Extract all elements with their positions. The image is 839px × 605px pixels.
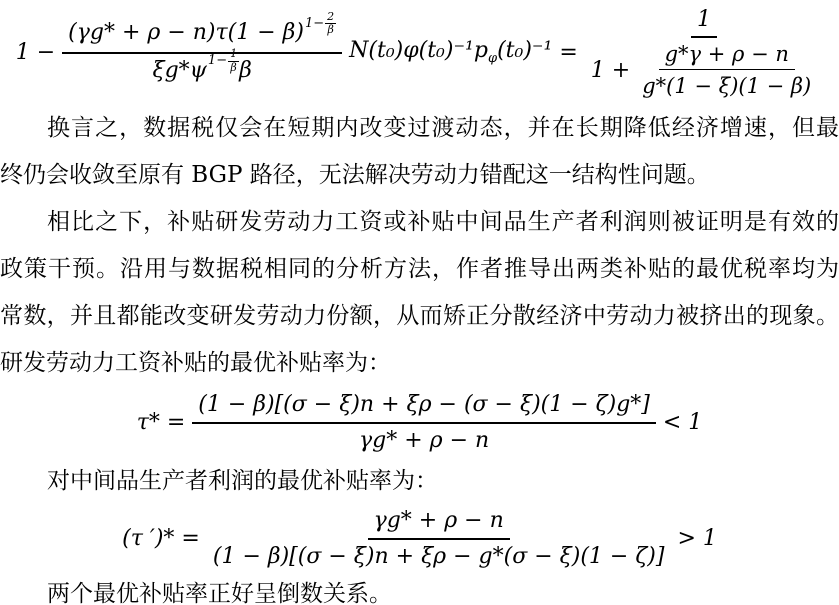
fraction-right: 1 1 + g*γ + ρ − n g*(1 − ξ)(1 − β) [585, 6, 823, 100]
math-term: β [239, 58, 252, 83]
paragraph-2-line-4: 研发劳动力工资补贴的最优补贴率为： [0, 340, 839, 387]
fraction-left-numerator: (γg* + ρ − n)τ(1 − β)1−2β [62, 19, 342, 53]
math-middle-term: N(t₀)φ(t₀)⁻¹pφ(t₀)⁻¹ [349, 37, 552, 67]
math-term: g*(1 − ξ)(1 − β) [636, 70, 817, 99]
paragraph-3-line-1: 对中间品生产者利润的最优补贴率为： [0, 458, 839, 505]
tiny-fraction: 2β [325, 11, 336, 36]
nested-fraction: g*γ + ρ − n g*(1 − ξ)(1 − β) [636, 41, 817, 100]
math-term: 1− [305, 16, 324, 31]
math-term: β [228, 62, 238, 74]
formula-data-tax-condition: 1 − (γg* + ρ − n)τ(1 − β)1−2β ξg*ψ1−1ββ … [0, 0, 839, 105]
math-inequality: > 1 [677, 525, 716, 553]
formula-profit-subsidy-rate: (τ ′)* = γg* + ρ − n (1 − β)[(σ − ξ)n + … [0, 505, 839, 572]
denominator-row: 1 + g*γ + ρ − n g*(1 − ξ)(1 − β) [591, 41, 817, 100]
math-lhs: (τ ′)* = [122, 525, 200, 553]
math-term: ξg*ψ [152, 58, 206, 83]
paragraph-2-line-3: 常数，并且都能改变研发劳动力份额，从而矫正分散经济中劳动力被挤出的现象。 [0, 293, 839, 340]
fraction-numerator: γg* + ρ − n [368, 507, 510, 540]
fraction: (1 − β)[(σ − ξ)n + ξρ − (σ − ξ)(1 − ζ)g*… [192, 391, 656, 454]
fraction-denominator: γg* + ρ − n [353, 424, 495, 455]
math-lhs: τ* = [137, 409, 186, 437]
math-exponent: 1−2β [305, 11, 336, 36]
math-term: β [325, 24, 335, 36]
math-subscript: φ [488, 51, 497, 66]
paragraph-4-line-1: 两个最优补贴率正好呈倒数关系。 [0, 572, 839, 605]
paragraph-2-line-1: 相比之下，补贴研发劳动力工资或补贴中间品生产者利润则被证明是有效的 [0, 199, 839, 246]
math-inequality: < 1 [663, 409, 702, 437]
math-term: (γg* + ρ − n)τ(1 − β) [68, 20, 304, 45]
fraction-left-denominator: ξg*ψ1−1ββ [146, 54, 257, 86]
paragraph-1-line-1: 换言之，数据税仅会在短期内改变过渡动态，并在长期降低经济增速，但最 [0, 105, 839, 152]
math-term: 1− [208, 54, 227, 69]
math-term: (t₀)⁻¹ [497, 38, 552, 63]
math-term: g*γ + ρ − n [659, 41, 795, 70]
math-lead-term: 1 − [16, 39, 55, 67]
math-term: N(t₀)φ(t₀)⁻¹p [349, 38, 488, 63]
document-page: 1 − (γg* + ρ − n)τ(1 − β)1−2β ξg*ψ1−1ββ … [0, 0, 839, 605]
fraction-left: (γg* + ρ − n)τ(1 − β)1−2β ξg*ψ1−1ββ [62, 19, 342, 85]
math-exponent: 1−1β [208, 48, 239, 73]
fraction-numerator: (1 − β)[(σ − ξ)n + ξρ − (σ − ξ)(1 − ζ)g*… [192, 391, 656, 424]
paragraph-1-line-2: 终仍会收敛至原有 BGP 路径，无法解决劳动力错配这一结构性问题。 [0, 152, 839, 199]
fraction: γg* + ρ − n (1 − β)[(σ − ξ)n + ξρ − g*(σ… [207, 507, 671, 570]
tiny-fraction: 1β [228, 48, 239, 73]
math-term: 1 + [591, 57, 630, 85]
fraction-denominator: (1 − β)[(σ − ξ)n + ξρ − g*(σ − ξ)(1 − ζ)… [207, 540, 671, 571]
fraction-right-denominator: 1 + g*γ + ρ − n g*(1 − ξ)(1 − β) [585, 38, 823, 100]
fraction-right-numerator: 1 [691, 6, 717, 39]
formula-wage-subsidy-rate: τ* = (1 − β)[(σ − ξ)n + ξρ − (σ − ξ)(1 −… [0, 387, 839, 458]
paragraph-2-line-2: 政策干预。沿用与数据税相同的分析方法，作者推导出两类补贴的最优税率均为 [0, 246, 839, 293]
equals-sign: = [559, 39, 577, 67]
